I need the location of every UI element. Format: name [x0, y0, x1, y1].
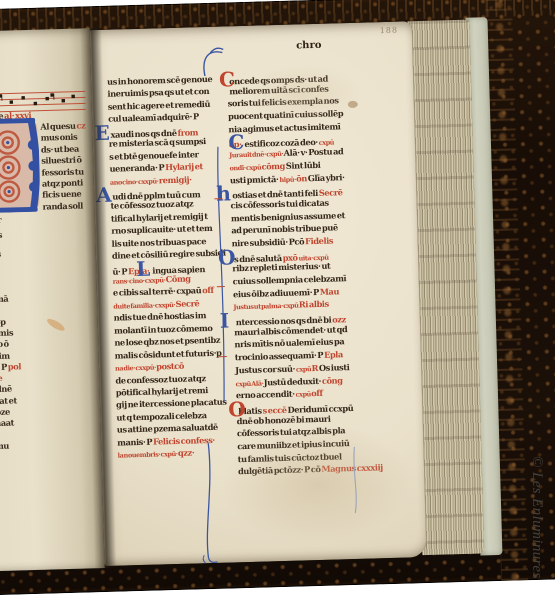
text-segment: hipū·	[279, 175, 296, 183]
text-segment: Secrē	[175, 298, 199, 309]
text-segment: dine et cōsiliū regire subsidi	[112, 248, 226, 261]
text-segment: meliorem uitā scī confes	[227, 83, 328, 96]
text-segment: a deuota suscipiat et	[0, 395, 17, 407]
text-segment: tu nobis augeat cr	[0, 215, 1, 227]
text-segment: dnē ob honozē bi mauri	[236, 413, 330, 426]
text-segment: ondī· cxpū	[229, 163, 261, 172]
text-segment: Glīa ybri·	[308, 172, 345, 183]
text-line: Oblatis s eccē Deridumī ccxpū	[236, 399, 354, 415]
text-segment: Epla	[324, 349, 343, 360]
text-segment: postcō	[156, 361, 184, 372]
text-line: la nouembris· cxpū· qzz·	[117, 445, 235, 461]
text-segment: la nouembris· cxpū·	[117, 450, 178, 460]
text-segment: cōfessoris tui atqz albis pla	[237, 426, 345, 439]
text-segment: cul ualeamī adquirē· P	[108, 112, 199, 125]
text-segment: ndis tue dnē hostias im	[114, 310, 207, 323]
text-segment: te beato siluestro ō	[0, 339, 9, 351]
text-segment: us patrocinia semā	[0, 294, 8, 306]
photo-stage: tus nri dnē· In sermōne al· xxvi Al ques…	[0, 0, 555, 600]
text-segment: s et btē genouefe inter	[109, 149, 199, 161]
text-segment: s omps ds· ut de pp	[0, 316, 6, 328]
text-segment: te cōfessoz tuoz atqz	[110, 199, 193, 211]
text-segment: pōtifical hylarij et remi	[116, 385, 208, 398]
decorated-initial: C	[228, 138, 230, 148]
text-segment: Justus ut palma· cxpū	[233, 302, 299, 312]
pen-flourish-icon	[197, 443, 221, 570]
text-segment: re misteria scā q sumpsi	[109, 136, 206, 149]
text-segment: tu famlis tuis cūctoz tbuel	[238, 451, 342, 464]
text-segment: cxpū	[296, 365, 312, 373]
text-line: Al quesu cz	[40, 120, 85, 133]
text-line: randa soll	[42, 200, 87, 213]
text-segment: off	[202, 285, 214, 295]
text-segment: cxpū	[295, 390, 311, 398]
text-segment: ds· ut bea	[41, 143, 79, 154]
text-segment: Magnus cxxxiij	[321, 463, 383, 475]
decorated-initial: L	[136, 264, 138, 274]
left-text-beside-initial: Al quesu czmus onisds· ut beasiluestri ō…	[40, 120, 88, 212]
text-segment: Alā· v· Postu ad	[283, 146, 343, 158]
text-segment: pol	[8, 361, 21, 371]
copyright-watermark: © Les Enluminures	[528, 456, 545, 598]
text-segment: cōng	[322, 375, 343, 386]
stain	[348, 101, 358, 108]
text-segment: Cōmg	[166, 274, 191, 285]
text-segment: eius ōibz adiuuemī· P	[233, 287, 320, 299]
text-line: dulgētiā pctōzz· P cō Magnus cxxxiij	[238, 462, 356, 478]
text-segment: Fidelis	[305, 235, 333, 246]
text-segment: noucfe	[0, 373, 2, 384]
text-segment: dulgētiā pctōzz· P cō	[238, 464, 322, 476]
text-segment: et uance fidei phaat	[0, 418, 14, 430]
text-column-left: us in honorem scē genoueineruimis psa qs…	[107, 72, 236, 461]
text-segment: mus onis	[40, 132, 77, 143]
text-segment: ueneranda· P	[109, 162, 165, 174]
text-segment: Justū deduxit·	[264, 375, 323, 387]
text-segment: trocinio assequamī· P	[235, 350, 324, 362]
text-segment: igilare qz nescitis	[0, 249, 1, 261]
decorated-initial: O	[218, 252, 220, 262]
text-line: mus dnē fris et mu	[0, 438, 105, 454]
text-segment: e glificatōis amoze	[0, 407, 10, 419]
text-segment: Al quesu	[40, 121, 76, 132]
text-segment: nire subsidiū· Pcō	[231, 236, 305, 248]
text-segment: ribz repleti misterius· ut	[232, 261, 330, 274]
running-header: chro	[296, 40, 322, 52]
folio-number: 188	[380, 26, 399, 36]
text-segment: de confessoz tuoz atqz	[115, 373, 205, 386]
text-segment: ece sacerdos	[0, 230, 2, 241]
decorated-initial: C	[219, 75, 221, 85]
text-segment: ineruimis psa qs ut et con	[107, 86, 209, 99]
text-segment: ficis uene	[42, 189, 81, 200]
text-segment: cōmg	[261, 161, 286, 172]
manuscript-book: tus nri dnē· In sermōne al· xxvi Al ques…	[0, 0, 555, 596]
text-segment: ne lose qbz nos et psentibz	[114, 335, 220, 348]
text-segment: cxpū Alā·	[235, 379, 263, 388]
decorated-initial: O	[228, 404, 230, 414]
text-segment: fessoris tu	[41, 166, 83, 177]
text-segment: Ri albis	[299, 299, 329, 310]
text-segment: na die· cxxpū·	[115, 364, 156, 373]
text-segment: soris tui felicis exempla nos	[228, 96, 339, 109]
text-segment: ano cino· cxxpū·	[110, 177, 159, 186]
text-segment: Hylarij et	[165, 161, 203, 172]
text-segment: Os iusti	[319, 362, 350, 373]
text-column-right: Concede qs omps ds· ut ad meliorem uitā …	[227, 69, 356, 478]
text-segment: ut q tempozali celebza	[116, 410, 206, 423]
right-page: 188 chro us in honorem scē genoueineruim…	[90, 21, 428, 566]
text-segment: puocent quatinī cuius sollēp	[228, 108, 343, 121]
text-segment: Sint lūbi	[286, 160, 321, 171]
text-segment: rno suplicauite· ut et tem	[111, 223, 212, 236]
text-segment: ilibz grās exhibemis	[0, 327, 13, 339]
text-segment: ōn	[296, 173, 308, 183]
text-segment: manis· P	[117, 436, 153, 447]
text-segment: Felicis confess·	[153, 435, 215, 447]
text-segment: ad perunī nobis tribue puē	[231, 223, 338, 236]
text-segment: mus dnē fris et mu	[0, 441, 9, 453]
text-segment: us attine pzema saluatdē	[117, 422, 218, 435]
text-segment: Mau	[320, 286, 340, 297]
text-segment: qzz·	[178, 448, 195, 458]
text-segment: duite familia· cxxpū·	[113, 301, 175, 311]
decorated-initial: h	[216, 189, 218, 199]
text-segment: nris mītis nō ualemī eius pa	[234, 337, 344, 350]
text-segment: lis uite nos tribuas pace	[111, 236, 206, 249]
text-segment: tifical hylarij et remigij t	[111, 211, 208, 224]
text-segment: remigij·	[159, 174, 192, 185]
text-segment: care muniibz et ipius incuiū	[237, 438, 349, 451]
text-segment: gij ne itercessione placatus	[116, 397, 227, 410]
text-segment: atqz ponti	[42, 177, 83, 188]
text-segment: usti pmictā·	[230, 173, 280, 184]
text-segment: siluestri ō	[41, 155, 82, 166]
illuminated-initial	[0, 118, 41, 213]
decorated-initial: I	[220, 316, 222, 326]
text-segment: malis cōsidunt et futuris·p	[115, 347, 222, 360]
text-segment: randa soll	[42, 200, 83, 211]
text-segment: cis cōfessoris tui dicatas	[230, 198, 328, 211]
text-segment: cuius sollempnia celebzamī	[233, 273, 347, 286]
text-segment: Justus cor suū·	[235, 363, 296, 375]
text-segment: e cibis sal terrē· cxpaū	[113, 286, 202, 298]
text-segment: off	[311, 388, 323, 398]
